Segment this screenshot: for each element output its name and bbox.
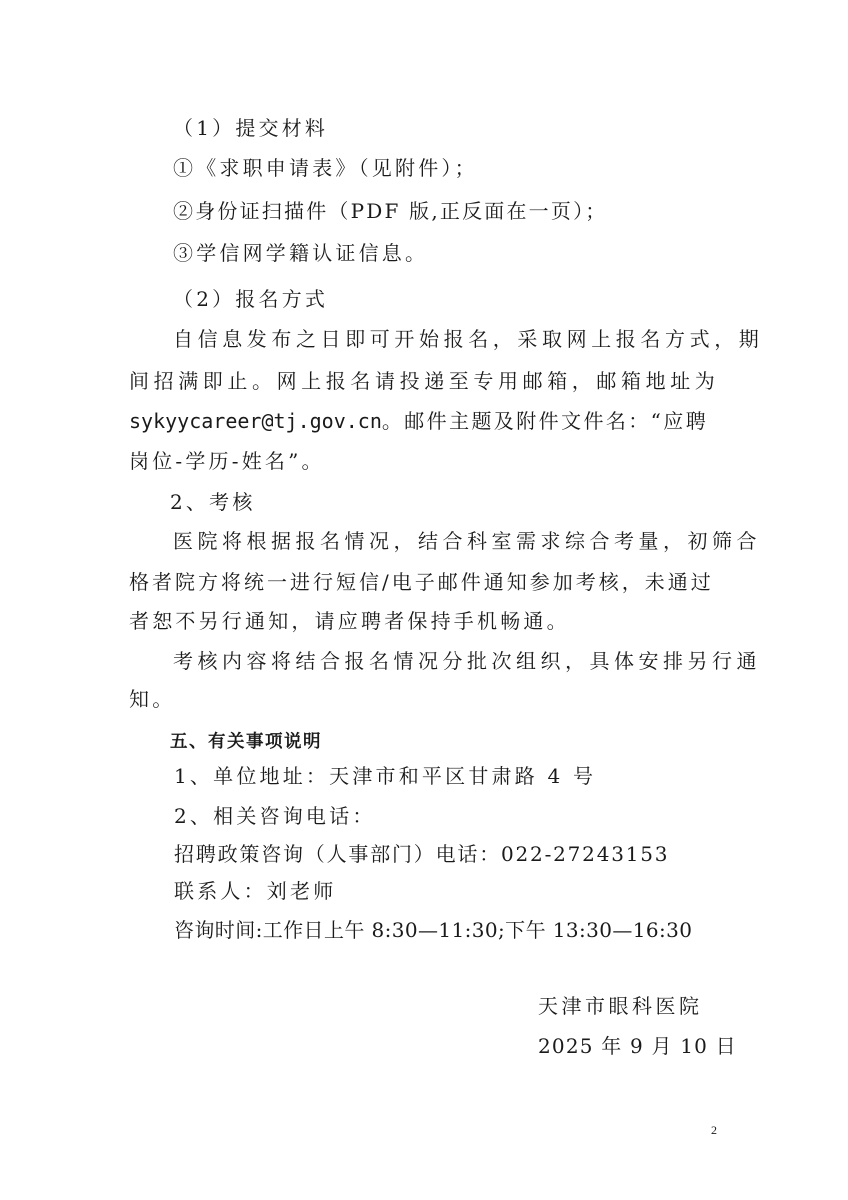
notes-phone-line: 招聘政策咨询（人事部门）电话：022-27243153 [174, 840, 766, 868]
signature-organization: 天津市眼科医院 [538, 992, 703, 1020]
submit-item-1: ①《求职申请表》（见附件）； [173, 154, 765, 182]
email-subject-instruction: 。邮件主题及附件文件名：“应聘 [382, 409, 708, 433]
submit-item-2: ②身份证扫描件（PDF 版,正反面在一页）； [173, 197, 765, 225]
signup-line-2: 间招满即止。网上报名请投递至专用邮箱，邮箱地址为 [129, 367, 721, 395]
assessment-p1-line-3: 者恕不另行通知，请应聘者保持手机畅通。 [129, 607, 721, 635]
assessment-p2-line-1: 考核内容将结合报名情况分批次组织，具体安排另行通 [173, 647, 765, 675]
signup-line-1: 自信息发布之日即可开始报名，采取网上报名方式，期 [173, 325, 765, 353]
signup-line-4: 岗位-学历-姓名”。 [129, 447, 721, 475]
assessment-p2-line-2: 知。 [129, 685, 721, 713]
section-assessment-title: 2、考核 [170, 488, 762, 516]
notes-hours: 咨询时间:工作日上午 8:30—11:30;下午 13:30—16:30 [174, 916, 766, 944]
notes-address: 1、单位地址：天津市和平区甘肃路 4 号 [174, 762, 766, 790]
section-submit-title: （1）提交材料 [173, 114, 765, 142]
email-address[interactable]: sykyycareer@tj.gov.cn [129, 409, 382, 433]
document-page: （1）提交材料 ①《求职申请表》（见附件）； ②身份证扫描件（PDF 版,正反面… [0, 0, 848, 1200]
assessment-p1-line-1: 医院将根据报名情况，结合科室需求综合考量，初筛合 [173, 527, 765, 555]
section-signup-title: （2）报名方式 [173, 285, 765, 313]
signup-email-line: sykyycareer@tj.gov.cn。邮件主题及附件文件名：“应聘 [129, 407, 721, 435]
section-notes-heading: 五、有关事项说明 [170, 728, 762, 756]
notes-contact: 联系人：刘老师 [174, 877, 766, 905]
assessment-p1-line-2: 格者院方将统一进行短信/电子邮件通知参加考核，未通过 [129, 568, 721, 596]
notes-phone-title: 2、相关咨询电话： [174, 802, 766, 830]
submit-item-3: ③学信网学籍认证信息。 [173, 239, 765, 267]
page-number: 2 [711, 1122, 717, 1138]
signature-date: 2025 年 9 月 10 日 [538, 1032, 737, 1060]
